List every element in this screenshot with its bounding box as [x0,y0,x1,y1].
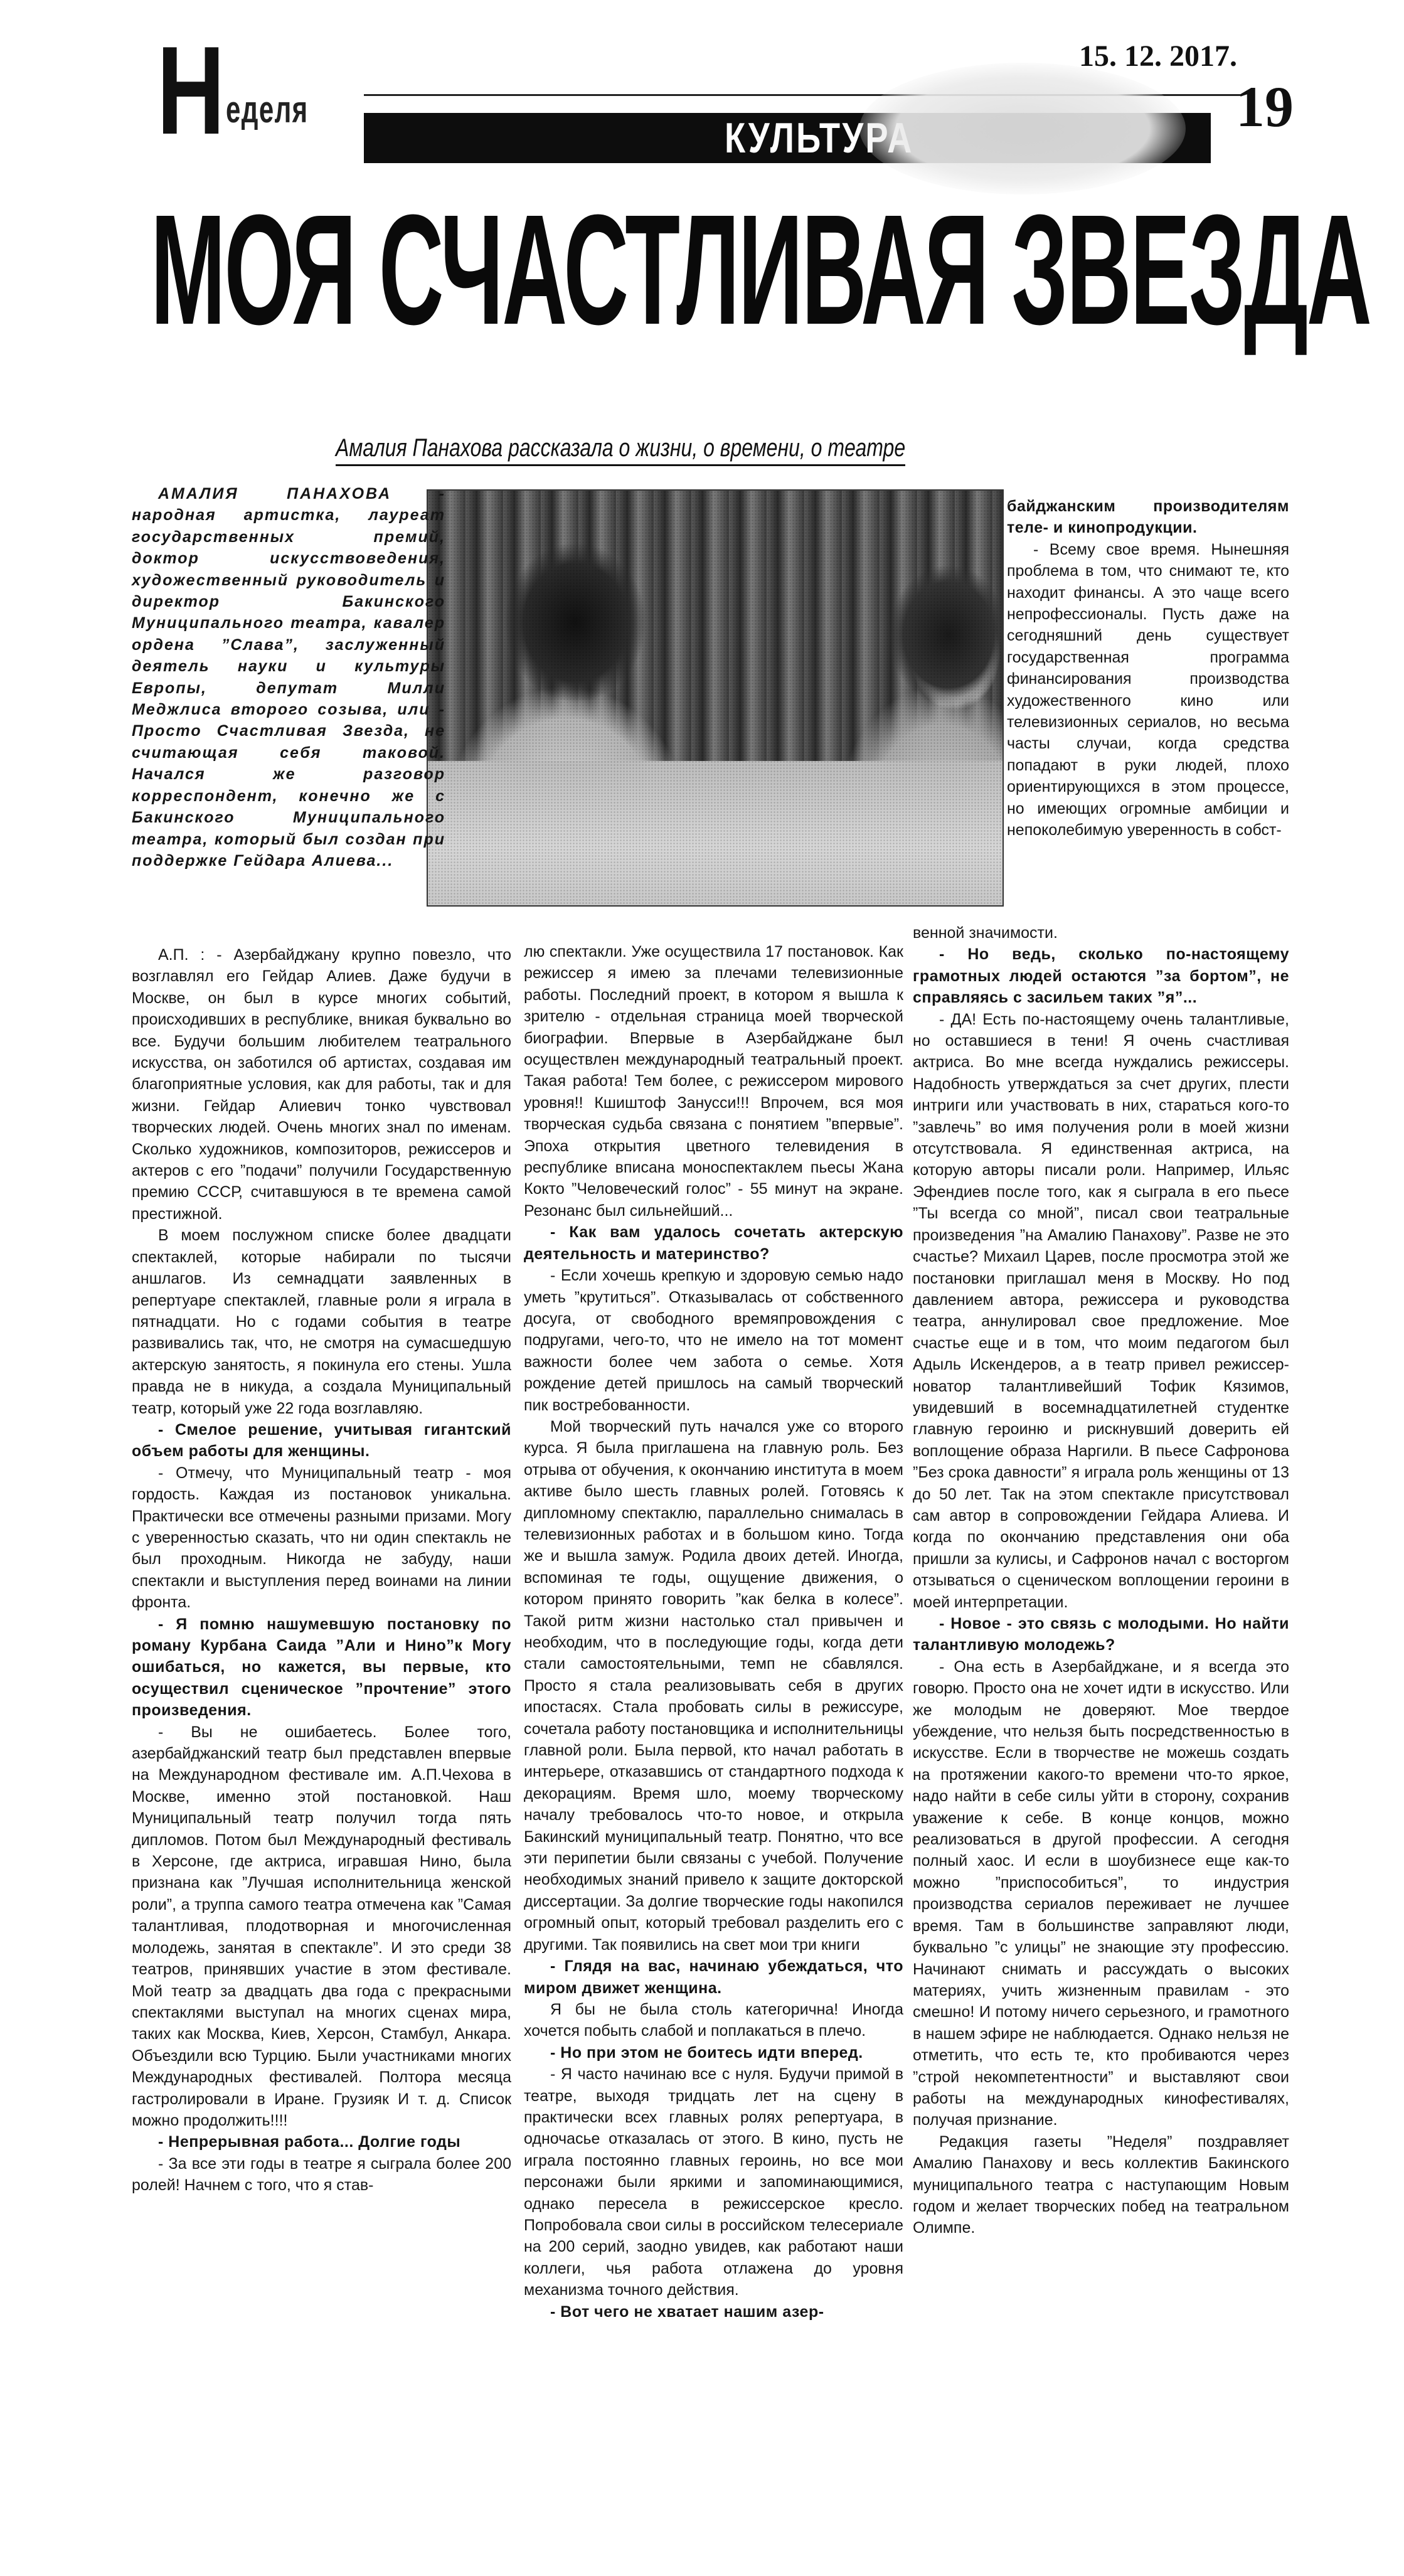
logo-wordmark: еделя [226,88,309,132]
article-subtitle: Амалия Панахова рассказала о жизни, о вр… [336,432,905,466]
answer-paragraph: А.П. : - Азербайджану крупно повезло, чт… [132,944,511,1225]
photo-halftone [428,491,1002,905]
column-3-top: байджанским производителям теле- и киноп… [1007,496,1289,841]
masthead: Н еделя КУЛЬТУРА 15. 12. 2017. 19 [157,38,1299,151]
question-paragraph: - Непрерывная работа... Долгие годы [132,2131,511,2153]
question-paragraph: - Но при этом не боитесь идти вперед. [524,2042,903,2063]
article-headline: МОЯ СЧАСТЛИВАЯ ЗВЕЗДА [151,188,807,351]
lead-paragraph: АМАЛИЯ ПАНАХОВА - народная артистка, лау… [132,483,445,871]
question-paragraph: - Вот чего не хватает нашим азер- [524,2301,903,2323]
page-number: 19 [1236,75,1294,138]
issue-date: 15. 12. 2017. [1079,38,1237,75]
column-1: А.П. : - Азербайджану крупно повезло, чт… [132,944,511,2196]
question-paragraph: - Новое - это связь с молодыми. Но найти… [913,1613,1289,1656]
editorial-greeting: Редакция газеты ”Неделя” поздравляет Ама… [913,2131,1289,2239]
answer-paragraph: В моем послужном списке более двадцати с… [132,1225,511,1419]
logo-initial: Н [157,38,223,144]
print-smudge [859,63,1186,194]
answer-paragraph: - Я часто начинаю все с нуля. Будучи при… [524,2063,903,2301]
answer-paragraph: - Если хочешь крепкую и здоровую семью н… [524,1265,903,1416]
column-2: лю спектакли. Уже осуществила 17 постано… [524,941,903,2323]
question-paragraph: - Смелое решение, учитывая гигантский об… [132,1419,511,1462]
answer-paragraph: Я бы не была столь категорична! Иногда х… [524,1999,903,2042]
lead-name: АМАЛИЯ ПАНАХОВА [158,485,391,503]
answer-continuation: лю спектакли. Уже осуществила 17 постано… [524,941,903,1221]
column-1-lead: АМАЛИЯ ПАНАХОВА - народная артистка, лау… [132,483,445,871]
question-paragraph: - Глядя на вас, начинаю убеждаться, что … [524,1956,903,1999]
article-photo [427,489,1004,907]
answer-paragraph: - Она есть в Азербайджане, и я всегда эт… [913,1656,1289,2131]
lead-text: - народная артистка, лауреат государстве… [132,485,445,870]
answer-continuation: венной значимости. [913,922,1289,944]
answer-paragraph: - Всему свое время. Нынешняя проблема в … [1007,539,1289,841]
question-continuation: байджанским производителям теле- и киноп… [1007,496,1289,539]
column-3: венной значимости. - Но ведь, сколько по… [913,922,1289,2239]
question-paragraph: - Как вам удалось сочетать актерскую дея… [524,1221,903,1265]
answer-paragraph: - Вы не ошибаетесь. Более того, азербайд… [132,1722,511,2132]
question-paragraph: - Но ведь, сколько по-настоящему грамотн… [913,944,1289,1008]
answer-paragraph: Мой творческий путь начался уже со второ… [524,1416,903,1956]
question-paragraph: - Я помню нашумевшую постановку по роман… [132,1614,511,1722]
answer-paragraph: - Отмечу, что Муниципальный театр - моя … [132,1462,511,1614]
headline-block: МОЯ СЧАСТЛИВАЯ ЗВЕЗДА [151,188,1292,358]
newspaper-logo: Н еделя [157,38,345,151]
answer-paragraph: - За все эти годы в театре я сыграла бол… [132,2153,511,2196]
answer-paragraph: - ДА! Есть по-настоящему очень талантлив… [913,1009,1289,1613]
